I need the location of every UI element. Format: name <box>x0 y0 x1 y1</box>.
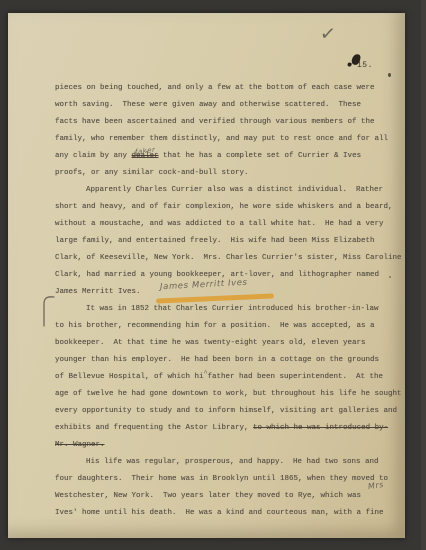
pencil-caret: ^ <box>204 366 208 383</box>
adjacent-page-edge <box>421 0 426 550</box>
typed-text-segment: any claim by any <box>55 152 132 160</box>
typed-text-segment: Apparently Charles Currier also was a di… <box>86 186 383 194</box>
typed-line: large family, and entertained freely. Hi… <box>55 233 401 250</box>
document-page: ✓ 15. James Merritt Ives Mrs pieces on b… <box>8 13 405 538</box>
typed-text-segment: proofs, or any similar cock-and-bull sto… <box>55 169 249 177</box>
typed-text-segment: Clark, had married a young bookkeeper, a… <box>55 271 379 279</box>
typed-text: pieces on being touched, and only a few … <box>55 80 401 522</box>
paragraph: It was in 1852 that Charles Currier intr… <box>55 301 401 454</box>
handwritten-correction: faker <box>134 142 156 161</box>
typed-text-segment: bookkeeper. At that time he was twenty-e… <box>55 339 366 347</box>
typed-text-segment: without a moustache, and was addicted to… <box>55 220 384 228</box>
typed-text-segment: His life was regular, prosperous, and ha… <box>86 458 379 466</box>
typed-line: of Bellevue Hospital, of which hi^father… <box>55 369 401 386</box>
typed-text-segment: to his brother, recommending him for a p… <box>55 322 375 330</box>
typed-line: four daughters. Their home was in Brookl… <box>55 471 401 488</box>
struck-text: Mr. Wagner. <box>55 441 105 449</box>
typed-line: Westchester, New York. Two years later t… <box>55 488 401 505</box>
typed-text-segment: pieces on being touched, and only a few … <box>55 84 375 92</box>
typed-text-segment: that he has a complete set of Currier & … <box>159 152 362 160</box>
pencil-checkmark: ✓ <box>319 22 337 46</box>
typed-line: age of twelve he had gone downtown to wo… <box>55 386 401 403</box>
typed-text-segment: Ives' home until his death. He was a kin… <box>55 509 384 517</box>
typed-line: exhibits and frequenting the Astor Libra… <box>55 420 401 437</box>
typed-line: younger than his employer. He had been b… <box>55 352 401 369</box>
paragraph: pieces on being touched, and only a few … <box>55 80 401 182</box>
page-number: 15. <box>357 61 373 70</box>
typed-line: short and heavy, and of fair complexion,… <box>55 199 401 216</box>
typed-text-segment: exhibits and frequenting the Astor Libra… <box>55 424 253 432</box>
typed-text-segment: It was in 1852 that Charles Currier intr… <box>86 305 379 313</box>
typed-line: Mr. Wagner. <box>55 437 401 454</box>
paragraph: His life was regular, prosperous, and ha… <box>55 454 401 522</box>
typed-line: Apparently Charles Currier also was a di… <box>55 182 401 199</box>
typed-line: Clark, of Keeseville, New York. Mrs. Cha… <box>55 250 401 267</box>
typed-line: worth saving. These were given away and … <box>55 97 401 114</box>
typed-line: It was in 1852 that Charles Currier intr… <box>55 301 401 318</box>
struck-text: dealerfaker <box>132 152 159 160</box>
typed-text-segment: four daughters. Their home was in Brookl… <box>55 475 388 483</box>
typed-text-segment: large family, and entertained freely. Hi… <box>55 237 375 245</box>
typed-line: without a moustache, and was addicted to… <box>55 216 401 233</box>
typed-text-segment: Clark, of Keeseville, New York. Mrs. Cha… <box>55 254 402 262</box>
typed-text-segment: short and heavy, and of fair complexion,… <box>55 203 393 211</box>
typed-line: any claim by any dealerfaker that he has… <box>55 148 401 165</box>
paper-speck <box>388 73 391 77</box>
typed-text-segment: worth saving. These were given away and … <box>55 101 361 109</box>
typed-text-segment: every opportunity to study and to inform… <box>55 407 397 415</box>
typed-text-segment: family, who remember them distinctly, an… <box>55 135 388 143</box>
typed-line: facts have been ascertained and verified… <box>55 114 401 131</box>
scan-background: ✓ 15. James Merritt Ives Mrs pieces on b… <box>0 0 426 550</box>
typed-line: Ives' home until his death. He was a kin… <box>55 505 401 522</box>
typed-text-segment: facts have been ascertained and verified… <box>55 118 375 126</box>
typed-line: bookkeeper. At that time he was twenty-e… <box>55 335 401 352</box>
typed-text-segment: younger than his employer. He had been b… <box>55 356 379 364</box>
struck-text: to which he was introduced by- <box>253 424 388 432</box>
typed-line: to his brother, recommending him for a p… <box>55 318 401 335</box>
typed-line: every opportunity to study and to inform… <box>55 403 401 420</box>
typed-text-segment: James Merritt Ives. <box>55 288 141 296</box>
typed-line: His life was regular, prosperous, and ha… <box>55 454 401 471</box>
typed-line: proofs, or any similar cock-and-bull sto… <box>55 165 401 182</box>
typed-line: family, who remember them distinctly, an… <box>55 131 401 148</box>
typed-text-segment: age of twelve he had gone downtown to wo… <box>55 390 402 398</box>
typed-text-segment: father had been superintendent. At the <box>208 373 384 381</box>
typed-line: pieces on being touched, and only a few … <box>55 80 401 97</box>
typed-text-segment: of Bellevue Hospital, of which hi <box>55 373 204 381</box>
typed-text-segment: Westchester, New York. Two years later t… <box>55 492 361 500</box>
